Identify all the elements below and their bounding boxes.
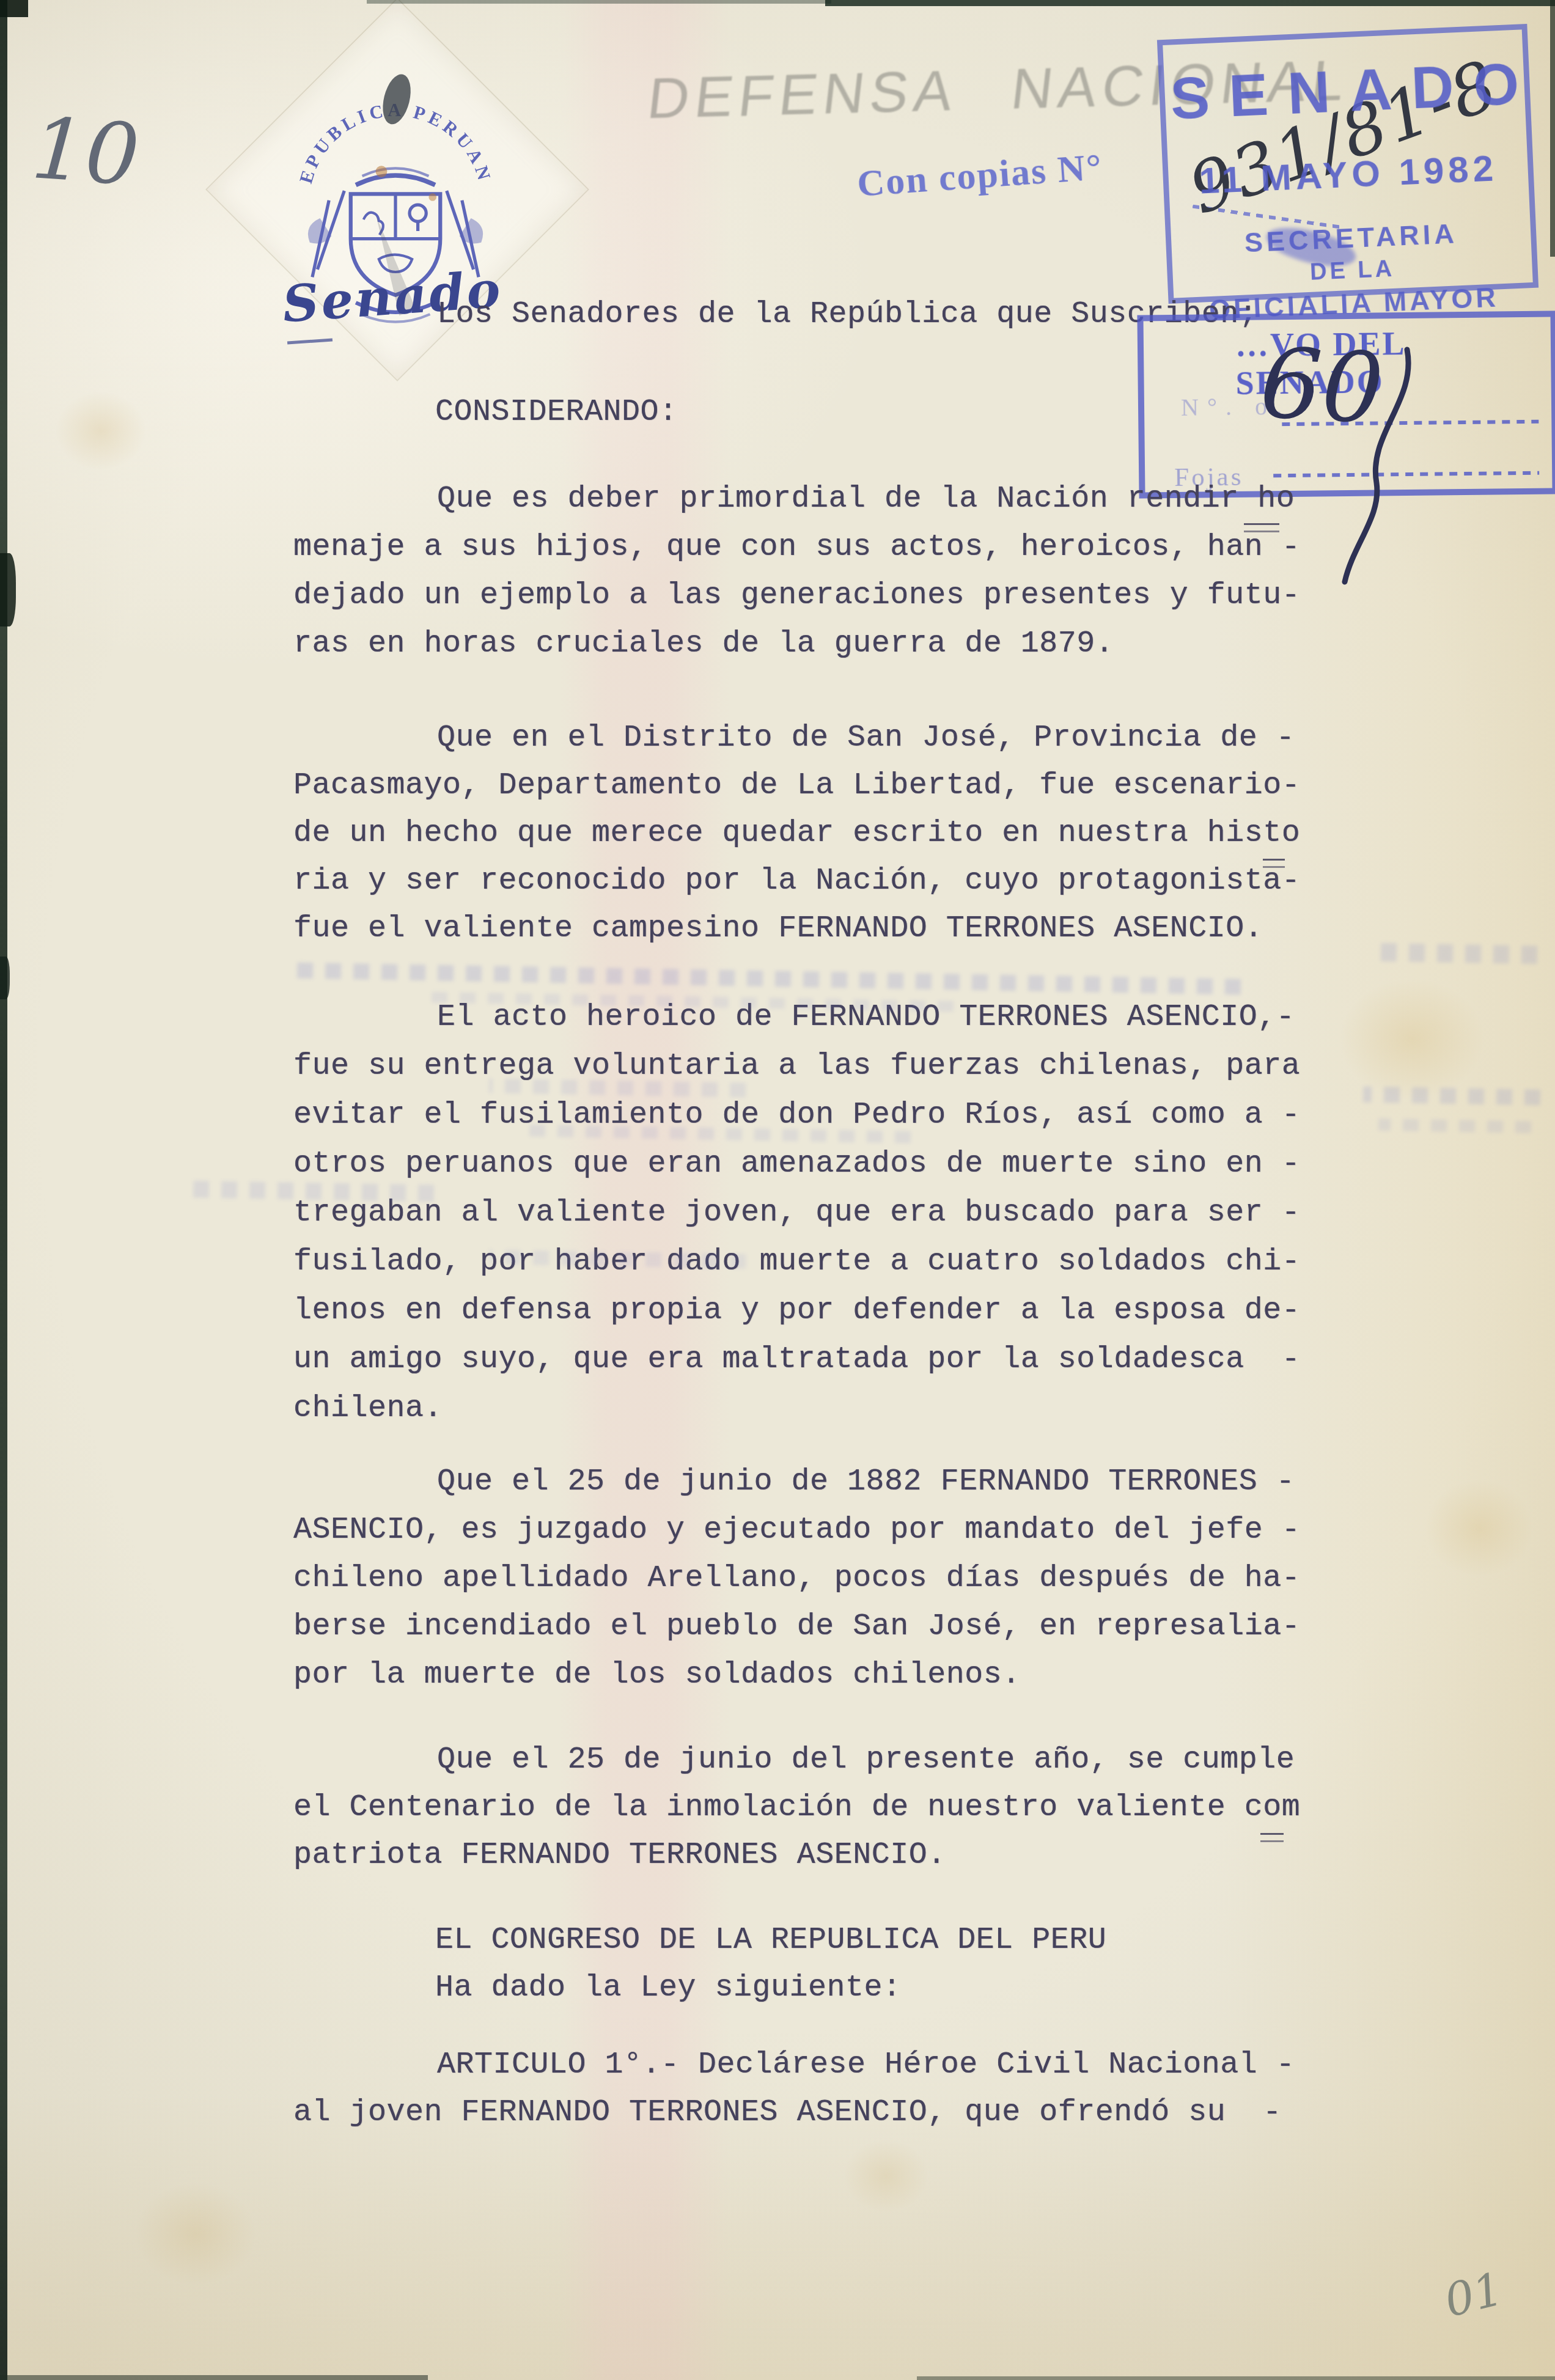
typed-underline: [1260, 1833, 1284, 1842]
body-line: ria y ser reconocido por la Nación, cuyo…: [293, 866, 1300, 897]
stain: [134, 2182, 257, 2286]
body-line: patriota FERNANDO TERRONES ASENCIO.: [293, 1840, 946, 1871]
enacting-line: EL CONGRESO DE LA REPUBLICA DEL PERU: [435, 1925, 1106, 1956]
scan-edge-blob: [0, 957, 10, 999]
body-line: Que es deber primordial de la Nación ren…: [437, 484, 1295, 515]
archivo-number-flourish: [1333, 342, 1424, 593]
bleed-through-artifact: [189, 1181, 434, 1202]
body-line: fue su entrega voluntaria a las fuerzas …: [293, 1051, 1300, 1082]
body-line: de un hecho que merece quedar escrito en…: [293, 818, 1300, 849]
bleed-through-artifact: [1378, 1118, 1531, 1133]
bleed-through-artifact: [1372, 943, 1537, 964]
scan-edge-top: [825, 0, 1555, 6]
typed-underline: [1244, 523, 1279, 532]
salutation-line: Los Senadores de la República que Suscri…: [437, 299, 1257, 330]
stain: [55, 391, 147, 471]
body-line: Que en el Distrito de San José, Provinci…: [437, 723, 1295, 754]
body-line: ras en horas cruciales de la guerra de 1…: [293, 629, 1114, 659]
stain: [1339, 978, 1485, 1100]
bleed-through-artifact: [287, 962, 1241, 994]
senado-stamp-secretaria: SECRETARIA: [1244, 218, 1458, 259]
scan-edge-corner: [0, 0, 28, 17]
body-line: un amigo suyo, que era maltratada por la…: [293, 1345, 1300, 1375]
article-line: ARTICULO 1°.- Declárese Héroe Civil Naci…: [437, 2050, 1295, 2081]
scanned-document-page: 10 DEFENSA NACIONAL REPUBLICA PERUANA: [0, 0, 1555, 2380]
considerando-heading: CONSIDERANDO:: [435, 397, 678, 428]
body-line: fusilado, por haber dado muerte a cuatro…: [293, 1247, 1300, 1277]
body-line: Que el 25 de junio de 1882 FERNANDO TERR…: [437, 1467, 1295, 1497]
body-line: chilena.: [293, 1394, 443, 1424]
body-line: Que el 25 de junio del presente año, se …: [437, 1745, 1295, 1776]
senado-stamp-title: SENADO: [1149, 50, 1540, 134]
body-line: el Centenario de la inmolación de nuestr…: [293, 1793, 1300, 1823]
article-line: al joven FERNANDO TERRONES ASENCIO, que …: [293, 2098, 1282, 2128]
body-line: tregaban al valiente joven, que era busc…: [293, 1198, 1300, 1229]
scan-edge-bottom: [0, 2375, 428, 2380]
body-line: fue el valiente campesino FERNANDO TERRO…: [293, 914, 1263, 944]
stain: [1424, 1479, 1534, 1577]
scan-edge-top: [367, 0, 831, 4]
enacting-line: Ha dado la Ley siguiente:: [435, 1973, 902, 2004]
body-line: berse incendiado el pueblo de San José, …: [293, 1612, 1300, 1642]
scan-edge-bottom: [917, 2376, 1555, 2380]
scan-edge-blob: [0, 553, 16, 626]
stain: [844, 2139, 929, 2213]
body-line: por la muerte de los soldados chilenos.: [293, 1660, 1021, 1691]
folio-number-bottom: 01: [1439, 2263, 1508, 2327]
body-line: evitar el fusilamiento de don Pedro Ríos…: [293, 1100, 1300, 1131]
body-line: chileno apellidado Arellano, pocos días …: [293, 1563, 1300, 1594]
body-line: ASENCIO, es juzgado y ejecutado por mand…: [293, 1515, 1300, 1546]
body-line: Pacasmayo, Departamento de La Libertad, …: [293, 771, 1300, 801]
senado-stamp-date: 11 MAYO 1982: [1198, 147, 1498, 202]
con-copias-stamp: Con copias N°: [856, 145, 1104, 206]
body-line: otros peruanos que eran amenazados de mu…: [293, 1149, 1300, 1180]
body-line: menaje a sus hijos, que con sus actos, h…: [293, 532, 1300, 563]
typed-underline: [1263, 859, 1285, 868]
scan-edge-right: [1550, 0, 1555, 257]
body-line: dejado un ejemplo a las generaciones pre…: [293, 581, 1300, 611]
senado-stamp-de-la: DE LA: [1309, 256, 1395, 286]
bleed-through-artifact: [1363, 1086, 1540, 1105]
senado-date-stamp: SENADO 11 MAYO 1982 SECRETARIA DE LA OFI…: [1157, 24, 1538, 304]
body-line: lenos en defensa propia y por defender a…: [293, 1296, 1300, 1326]
folio-number-top: 10: [29, 99, 142, 205]
scan-edge-left: [0, 0, 7, 2380]
